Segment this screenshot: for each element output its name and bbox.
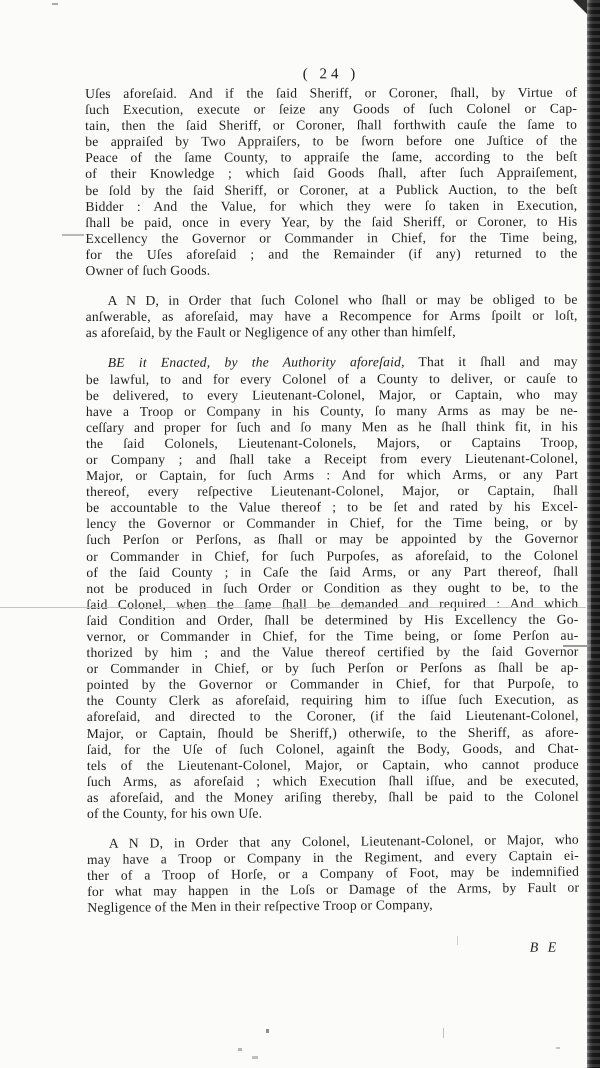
text-line: or Commander in Chief, or by ſuch Perſon… <box>87 660 579 677</box>
text-line: A N D, in Order that ſuch Colonel who ſh… <box>86 292 578 309</box>
page-edge-shadow <box>587 0 600 1068</box>
paragraph: Uſes aforeſaid. And if the ſaid Sheriff,… <box>85 85 578 279</box>
paragraph: A N D, in Order that ſuch Colonel who ſh… <box>86 292 578 342</box>
text-line: ſuch Execution, execute or ſeize any Goo… <box>85 101 577 118</box>
scan-artifact <box>556 1047 560 1049</box>
scan-artifact <box>62 234 84 236</box>
page-edge-corner <box>573 0 587 14</box>
text-line: tels of the Lieutenant-Colonel, Major, o… <box>87 756 579 773</box>
scan-artifact <box>563 645 587 647</box>
text-line: the County Clerk as aforeſaid, requiring… <box>87 692 579 709</box>
page-number-header: ( 24 ) <box>85 65 577 86</box>
scan-artifact <box>52 3 58 5</box>
scan-artifact <box>266 1029 269 1033</box>
catchword: B E <box>87 940 579 960</box>
page-edge-highlight <box>587 540 591 660</box>
text-line: be appraiſed by Two Appraiſers, to be ſw… <box>85 133 577 150</box>
text-line: lency the Governor or Commander in Chief… <box>86 515 578 532</box>
text-line: be ſold by the ſaid Sheriff, or Coroner,… <box>85 181 577 198</box>
text-line: pointed by the Governor or Commander in … <box>87 676 579 693</box>
text-line: Major, or Captain, ſhould be Sheriff,) o… <box>87 724 579 741</box>
text-line: as aforeſaid, by the Fault or Negligence… <box>86 324 578 341</box>
text-line: thereof, every reſpective Lieutenant-Col… <box>86 483 578 500</box>
text-line: ſuch Arms, as aforeſaid ; which Executio… <box>87 773 579 790</box>
text-line: Peace of the ſame County, to appraiſe th… <box>85 149 577 166</box>
scan-artifact <box>238 1048 242 1051</box>
text-line: not be produced in ſuch Order or Conditi… <box>86 579 578 596</box>
text-line: be accountable to the Value thereof ; to… <box>86 499 578 516</box>
scan-artifact <box>0 607 586 608</box>
text-line: as aforeſaid, and the Money ariſing ther… <box>87 789 579 806</box>
text-line: ſuch Perſon or Perſons, as ſhall or may … <box>86 531 578 548</box>
scan-artifact <box>457 936 458 945</box>
scan-artifact <box>252 1056 258 1059</box>
scan-artifact <box>443 1028 444 1038</box>
text-line: ceſſary and proper for ſuch and ſo many … <box>86 418 578 435</box>
enacting-clause-rest: That it ſhall and may <box>418 354 577 369</box>
text-line: anſwerable, as aforeſaid, may have a Rec… <box>86 308 578 325</box>
text-line: ſaid, for the Uſe of ſuch Colonel, again… <box>87 740 579 757</box>
text-line: BE it Enacted, by the Authority aforeſai… <box>86 354 578 371</box>
text-line: Major, or Captain, for ſuch Arms : And f… <box>86 467 578 484</box>
text-line: ſaid Colonel, when the ſame ſhall be dem… <box>86 596 578 613</box>
text-line: Negligence of the Men in their reſpectiv… <box>87 896 579 916</box>
text-line: or Company ; and ſhall take a Receipt fr… <box>86 451 578 468</box>
text-line: aforeſaid, and directed to the Coroner, … <box>87 708 579 725</box>
enacting-clause-italic: BE it Enacted, by the Authority aforeſai… <box>108 355 405 371</box>
text-line: vernor, or Commander in Chief, for the T… <box>86 628 578 645</box>
text-line: the ſaid Colonels, Lieutenant-Colonels, … <box>86 435 578 452</box>
text-line: have a Troop or Company in his County, ſ… <box>86 402 578 419</box>
text-line: thorized by him ; and the Value thereof … <box>87 644 579 661</box>
text-line: Owner of ſuch Goods. <box>86 262 578 279</box>
text-line: ſaid Condition and Order, ſhall be deter… <box>86 612 578 629</box>
text-line: Bidder : And the Value, for which they w… <box>85 197 577 214</box>
text-line: for the Uſes aforeſaid ; and the Remaind… <box>85 246 577 263</box>
text-line: of their Knowledge ; which ſaid Goods ſh… <box>85 165 577 182</box>
text-line: tain, then the ſaid Sheriff, or Coroner,… <box>85 117 577 134</box>
text-line: be lawful, to and for every Colonel of a… <box>86 370 578 387</box>
paragraph: BE it Enacted, by the Authority aforeſai… <box>86 354 579 822</box>
text-line: Excellency the Governor or Commander in … <box>85 230 577 247</box>
paragraph: A N D, in Order that any Colonel, Lieute… <box>87 832 580 917</box>
text-line: or Commander in Chief, for ſuch Purpoſes… <box>86 547 578 564</box>
document-page: { "colors": { "paper": "#fbfbf9", "ink":… <box>0 0 600 1068</box>
text-line: of the County, for his own Uſe. <box>87 805 579 822</box>
text-column: ( 24 ) Uſes aforeſaid. And if the ſaid S… <box>85 65 579 959</box>
text-line: ſhall be paid, once in every Year, by th… <box>85 213 577 230</box>
text-line: of the ſaid County ; in Caſe the ſaid Ar… <box>86 563 578 580</box>
text-line: be delivered, to every Lieutenant-Colone… <box>86 386 578 403</box>
text-line: Uſes aforeſaid. And if the ſaid Sheriff,… <box>85 85 577 102</box>
